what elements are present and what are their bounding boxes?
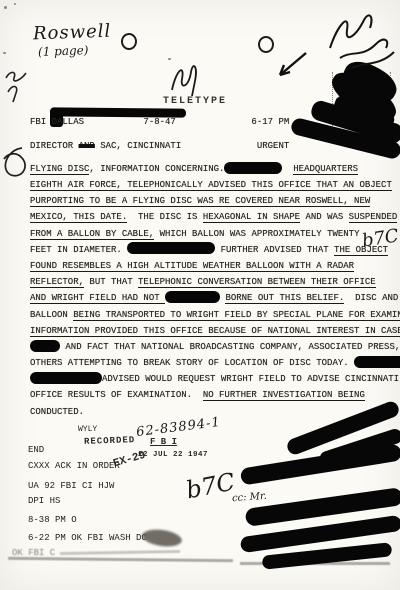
pm-line-1: 8-38 PM O — [28, 515, 77, 525]
text-line: ADVISED WOULD REQUEST WRIGHT FIELD TO AD… — [30, 371, 400, 387]
text-segment: HEADQUARTERS — [293, 164, 358, 175]
text-segment: , INFORMATION CONCERNING. — [89, 164, 224, 174]
text-line: OFFICE RESULTS OF EXAMINATION. NO FURTHE… — [30, 387, 400, 403]
text-line: OTHERS ATTEMPTING TO BREAK STORY OF LOCA… — [30, 355, 400, 371]
text-line: FOUND RESEMBLES A HIGH ALTITUDE WEATHER … — [30, 258, 400, 274]
handwritten-roswell-note: Roswell — [33, 21, 112, 45]
text-segment: DIRECTOR — [30, 141, 79, 151]
text-line: INFORMATION PROVIDED THIS OFFICE BECAUSE… — [30, 323, 400, 339]
text-line: BALLOON BEING TRANSPORTED TO WRIGHT FIEL… — [30, 307, 400, 323]
text-segment: REFLECTOR, — [30, 277, 84, 288]
text-segment: OFFICE RESULTS OF EXAMINATION. — [30, 390, 203, 400]
text-segment — [282, 164, 293, 174]
recorded-stamp: RECORDED — [84, 435, 136, 447]
text-segment: TELEPHONIC CONVERSATION BETWEEN THEIR OF… — [138, 277, 376, 288]
end-label: END — [28, 445, 44, 455]
text-segment — [181, 141, 257, 151]
text-line: EIGHTH AIR FORCE, TELEPHONICALLY ADVISED… — [30, 177, 400, 193]
redaction-bar — [30, 372, 102, 384]
ua-line: UA 92 FBI CI HJW — [28, 481, 114, 491]
text-segment: FEET IN DIAMETER. — [30, 245, 127, 255]
text-line: REFLECTOR, BUT THAT TELEPHONIC CONVERSAT… — [30, 274, 400, 290]
scan-speck — [3, 52, 6, 54]
text-segment: FLYING DISC — [30, 164, 89, 175]
text-segment: ADVISED WOULD REQUEST WRIGHT FIELD TO AD… — [102, 374, 399, 384]
text-segment: AND — [79, 141, 95, 151]
redaction-bar — [30, 340, 60, 352]
text-line: FEET IN DIAMETER. FURTHER ADVISED THAT T… — [30, 242, 400, 258]
wyly-label: WYLY — [78, 425, 97, 434]
text-segment: WHICH BALLON WAS APPROXIMATELY TWENTY — [154, 229, 359, 239]
fbi-stamp-letters: F B I — [150, 437, 177, 447]
text-line: PURPORTING TO BE A FLYING DISC WAS RE CO… — [30, 193, 400, 209]
text-segment: BEING TRANSPORTED TO WRIGHT FIELD BY SPE… — [73, 310, 400, 321]
text-segment: FROM A BALLON BY CABLE, — [30, 229, 154, 240]
scan-speck — [168, 58, 171, 60]
arrow-mark — [280, 53, 306, 75]
handwritten-b7c-bottom: b7C — [184, 468, 237, 505]
text-segment: NO FURTHER INVESTIGATION BEING — [203, 390, 365, 401]
text-segment: AND WRIGHT FIELD HAD NOT — [30, 293, 165, 304]
text-segment: BALLOON — [30, 310, 73, 320]
text-segment: URGENT — [257, 141, 289, 151]
text-segment: AND WAS — [300, 212, 349, 222]
smear-streak — [60, 550, 180, 555]
text-line: AND FACT THAT NATIONAL BROADCASTING COMP… — [30, 339, 400, 355]
circle-mark — [121, 33, 137, 50]
text-segment: CONDUCTED. — [30, 407, 84, 417]
text-segment: OTHERS ATTEMPTING TO BREAK STORY OF LOCA… — [30, 358, 354, 368]
handwritten-cc-note: cc: Mr. — [232, 491, 268, 504]
text-segment: SUSPENDED — [349, 212, 398, 223]
text-segment: BORNE OUT THIS BELIEF. — [225, 293, 344, 304]
text-segment: AND FACT THAT NATIONAL BROADCASTING COMP… — [60, 342, 400, 352]
date-received-stamp: 22 JUL 22 1947 — [138, 451, 208, 459]
text-segment: EIGHTH AIR FORCE, TELEPHONICALLY ADVISED… — [30, 180, 392, 191]
dpi-line: DPI HS — [28, 496, 60, 506]
smear-streak — [8, 557, 233, 562]
text-line: AND WRIGHT FIELD HAD NOT BORNE OUT THIS … — [30, 290, 400, 306]
redaction-bar — [127, 242, 215, 254]
text-segment: DISC AND — [344, 293, 398, 303]
redaction-bar — [354, 356, 400, 368]
text-segment: FURTHER ADVISED THAT — [215, 245, 334, 255]
scan-speck — [14, 3, 16, 5]
text-segment: PURPORTING TO BE A FLYING DISC WAS RE CO… — [30, 196, 370, 207]
handwritten-page-count: (1 page) — [38, 43, 89, 59]
text-segment: FOUND RESEMBLES A HIGH ALTITUDE WEATHER … — [30, 261, 354, 272]
text-line: FROM A BALLON BY CABLE, WHICH BALLON WAS… — [30, 226, 400, 242]
ack-line: CXXX ACK IN ORDER — [28, 461, 120, 471]
teletype-heading: TELETYPE — [163, 96, 227, 107]
body-lines: EIGHTH AIR FORCE, TELEPHONICALLY ADVISED… — [30, 177, 400, 420]
text-line: MEXICO, THIS DATE. THE DISC IS HEXAGONAL… — [30, 209, 400, 225]
scan-speck — [4, 6, 7, 9]
redaction-bar — [224, 162, 282, 174]
ink-smudge — [141, 527, 183, 548]
scanned-document-page: Roswell (1 page) TELETYPE FBI DALLAS 7-8… — [0, 0, 400, 590]
text-segment: INFORMATION PROVIDED THIS OFFICE BECAUSE… — [30, 326, 400, 337]
text-segment: FBI DALLAS 7-8-47 6-17 PM — [30, 117, 289, 127]
text-segment: MEXICO, THIS DATE. — [30, 212, 127, 223]
text-segment: SAC, CINCINNATI — [95, 141, 181, 151]
pm-line-2: 6-22 PM OK FBI WASH DC — [28, 533, 147, 543]
text-segment: THE DISC IS — [127, 212, 203, 222]
text-segment: BUT THAT — [84, 277, 138, 287]
text-segment: HEXAGONAL IN SHAPE — [203, 212, 300, 223]
circle-mark — [258, 36, 274, 53]
redaction-stroke — [240, 443, 400, 485]
ex29-stamp: EX-29 — [112, 450, 147, 471]
redaction-bar — [165, 291, 220, 303]
